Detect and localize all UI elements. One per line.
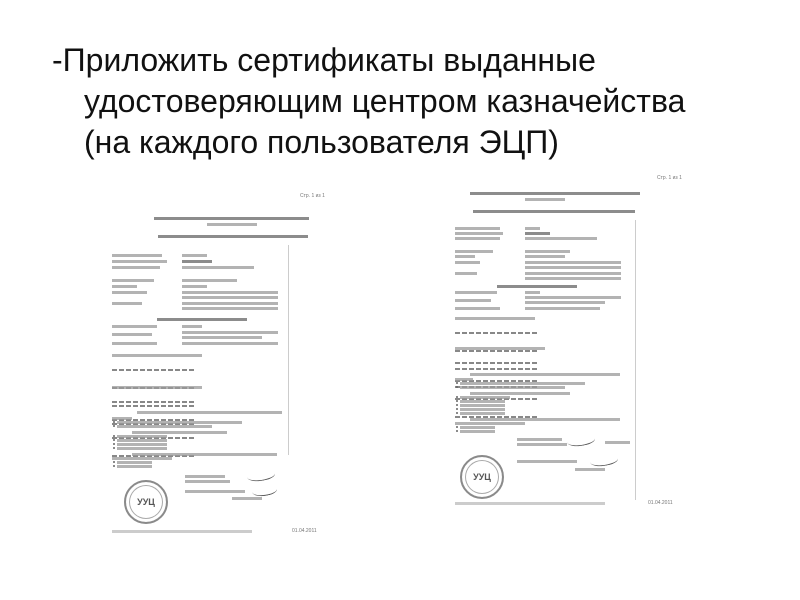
page-label: Стр. 1 из 1 xyxy=(300,193,325,199)
slide-title: -Приложить сертификаты выданные удостове… xyxy=(52,40,752,163)
title-line-2: удостоверяющим центром казначейства xyxy=(52,81,752,122)
page-label: Стр. 1 из 1 xyxy=(657,175,682,181)
certificate-scan-right: Стр. 1 из 1 УУЦ 01.04.2011 xyxy=(455,175,695,520)
seal-stamp: УУЦ xyxy=(124,480,168,524)
title-line-3: (на каждого пользователя ЭЦП) xyxy=(52,122,752,163)
seal-stamp: УУЦ xyxy=(460,455,504,499)
footer-date: 01.04.2011 xyxy=(648,500,673,506)
footer-date: 01.04.2011 xyxy=(292,528,317,534)
title-line-1: -Приложить сертификаты выданные xyxy=(52,40,752,81)
certificate-scan-left: Стр. 1 из 1 УУЦ 01.04.2011 xyxy=(112,190,352,545)
